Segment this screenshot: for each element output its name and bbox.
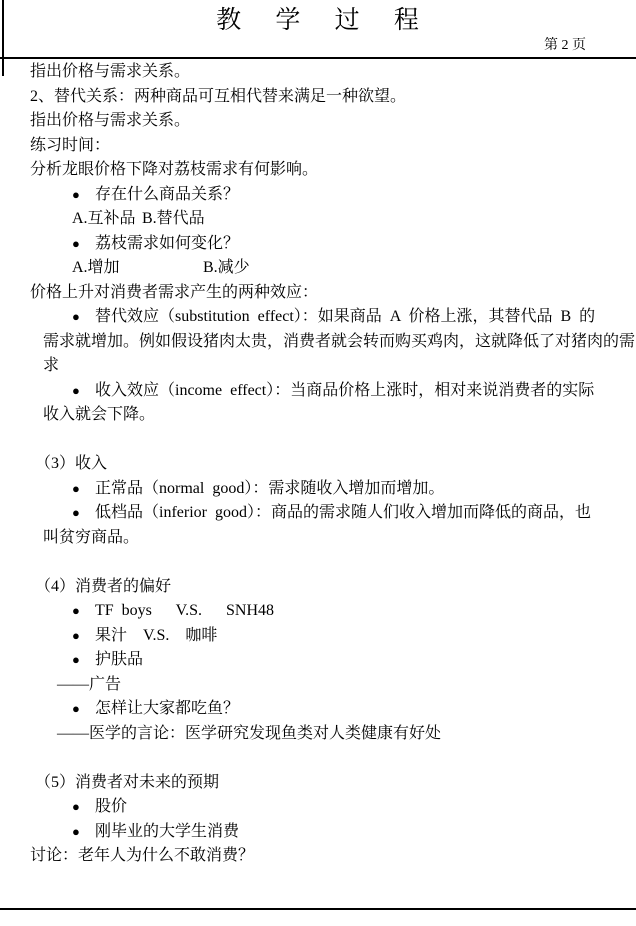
content-area: 指出价格与需求关系。2、替代关系：两种商品可互相代替来满足一种欲望。指出价格与需… [0,60,636,869]
bullet-icon: ● [72,648,95,673]
text-line: ●刚毕业的大学生消费 [0,820,636,845]
bullet-icon: ● [72,697,95,722]
text-line: ●护肤品 [0,648,636,673]
document-page: 教 学 过 程 第 2 页 指出价格与需求关系。2、替代关系：两种商品可互相代替… [0,0,636,926]
bullet-text: 正常品（normal good）：需求随收入增加而增加。 [95,480,444,497]
bullet-icon: ● [72,477,95,502]
page-title: 教 学 过 程 [0,6,636,36]
text-line: ——医学的言论：医学研究发现鱼类对人类健康有好处 [0,722,636,747]
bullet-icon: ● [72,599,95,624]
bullet-icon: ● [72,305,95,330]
bullet-text: 股价 [95,798,127,815]
text-line: 需求就增加。例如假设猪肉太贵，消费者就会转而购买鸡肉，这就降低了对猪肉的需 [0,330,636,355]
bullet-icon: ● [72,232,95,257]
text-line: ——广告 [0,673,636,698]
text-line: ●怎样让大家都吃鱼？ [0,697,636,722]
text-line: 求 [0,354,636,379]
text-line: ●收入效应（income effect）：当商品价格上涨时，相对来说消费者的实际 [0,379,636,404]
text-line: 讨论：老年人为什么不敢消费？ [0,844,636,869]
option-a: A.增加 [72,256,203,281]
option-a: A.互补品 [72,207,142,232]
bullet-text: 存在什么商品关系？ [95,186,239,203]
text-line: 价格上升对消费者需求产生的两种效应： [0,281,636,306]
bullet-icon: ● [72,183,95,208]
text-line: （4）消费者的偏好 [0,575,636,600]
bullet-icon: ● [72,795,95,820]
bullet-icon: ● [72,501,95,526]
text-line: 指出价格与需求关系。 [0,109,636,134]
text-line: 指出价格与需求关系。 [0,60,636,85]
text-line: A.增加B.减少 [0,256,636,281]
text-line: ●低档品（inferior good）：商品的需求随人们收入增加而降低的商品，也 [0,501,636,526]
text-line: ●TF boys V.S. SNH48 [0,599,636,624]
text-line: 2、替代关系：两种商品可互相代替来满足一种欲望。 [0,85,636,110]
text-line: 收入就会下降。 [0,403,636,428]
option-b: B.减少 [203,259,250,276]
bullet-text: 替代效应（substitution effect）：如果商品 A 价格上涨，其替… [95,308,595,325]
bullet-text: 低档品（inferior good）：商品的需求随人们收入增加而降低的商品，也 [95,504,591,521]
blank-line [0,550,636,575]
text-line: ●存在什么商品关系？ [0,183,636,208]
bullet-text: 护肤品 [95,651,143,668]
footer-rule [0,908,636,910]
blank-line [0,428,636,453]
text-line: （5）消费者对未来的预期 [0,771,636,796]
bullet-icon: ● [72,379,95,404]
bullet-text: 果汁 V.S. 咖啡 [95,627,217,644]
text-line: ●果汁 V.S. 咖啡 [0,624,636,649]
bullet-text: 收入效应（income effect）：当商品价格上涨时，相对来说消费者的实际 [95,382,594,399]
text-line: ●股价 [0,795,636,820]
text-line: 分析龙眼价格下降对荔枝需求有何影响。 [0,158,636,183]
text-line: 叫贫穷商品。 [0,526,636,551]
page-number: 第 2 页 [544,37,586,55]
blank-line [0,746,636,771]
text-line: A.互补品B.替代品 [0,207,636,232]
text-line: ●正常品（normal good）：需求随收入增加而增加。 [0,477,636,502]
bullet-text: 刚毕业的大学生消费 [95,823,239,840]
bullet-icon: ● [72,624,95,649]
text-line: ●替代效应（substitution effect）：如果商品 A 价格上涨，其… [0,305,636,330]
text-line: ●荔枝需求如何变化？ [0,232,636,257]
text-line: （3）收入 [0,452,636,477]
bullet-text: TF boys V.S. SNH48 [95,602,274,619]
text-line: 练习时间： [0,134,636,159]
bullet-text: 怎样让大家都吃鱼？ [95,700,239,717]
header-rule [0,57,636,59]
bullet-text: 荔枝需求如何变化？ [95,235,239,252]
bullet-icon: ● [72,820,95,845]
option-b: B.替代品 [142,210,205,227]
